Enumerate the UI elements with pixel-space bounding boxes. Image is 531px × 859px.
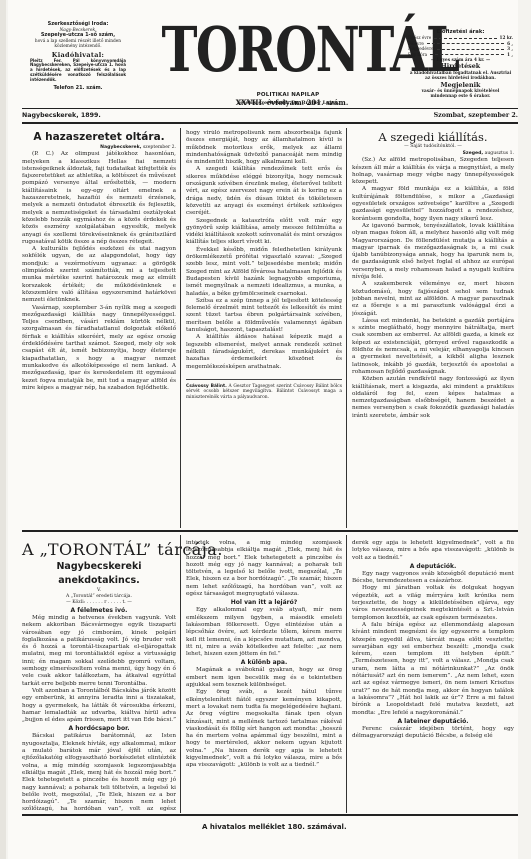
dateline-issue: XXVIII. évfolyam. 201. szám. <box>182 98 402 107</box>
paragraph: intézték volna, a míg mindég szomjasok l… <box>186 540 342 598</box>
paragraph: A szakemberek véleménye ez, mert hiszen … <box>352 281 514 317</box>
article-hazaszeretet: A hazaszeretet oltára. Nagybecskerek, sz… <box>22 130 176 528</box>
paragraph: Vasárnap, szeptember 3-án nyílik meg a s… <box>22 305 176 393</box>
newspaper-title: TORONTÁL <box>161 20 370 80</box>
section-title: A félelmetes ivó. <box>22 606 176 615</box>
scan-edge <box>0 0 6 859</box>
masthead: Szerkesztőségi Iroda: Nagy-Becskerek, Sz… <box>8 0 518 100</box>
dateline-day: Szombat, szeptember 2. <box>434 112 518 119</box>
paragraph: hogy virúló metropolisunk nem abszorbeál… <box>186 130 342 166</box>
column-rule <box>180 128 181 528</box>
paragraph: Lássa ezt mindenki, ha betekint a gazdák… <box>352 318 514 376</box>
bottom-rule <box>22 814 518 816</box>
dateline-bar: Nagybecskerek, 1899. XXVIII. évfolyam. 2… <box>22 108 518 124</box>
article-title: A hazaszeretet oltára. <box>22 130 176 144</box>
paragraph: A kiállítás áldásos hatásai képezik majd… <box>186 334 342 370</box>
paragraph: Az igavonó barmok, tenyészállatok, lovak… <box>352 223 514 281</box>
column-rule <box>180 535 181 813</box>
paragraph: Egy öreg sváb, a kezét hátul tűnve elkén… <box>186 689 342 769</box>
paragraph: Magának a sváboknál gyakran, hogy az öre… <box>186 667 342 689</box>
paragraph: (Sz.) Az alföld metropolisában, Szegeden… <box>352 157 514 186</box>
paragraph: Szítsa ez a szép ünnep a jól teljesített… <box>186 298 342 334</box>
paragraph: Közben azután rendkívül nagy fontosságú … <box>352 376 514 420</box>
feuilleton-column-2: intézték volna, a míg mindég szomjasok l… <box>186 540 342 812</box>
newspaper-page: Szerkesztőségi Iroda: Nagy-Becskerek, Sz… <box>8 0 518 859</box>
paragraph: A szegedi kiállítás rendezőinek tett erő… <box>186 166 342 217</box>
column-rule <box>346 128 347 528</box>
paragraph: Hogy mi járatban voltak és dolgukat hogy… <box>352 585 514 621</box>
office-street: Szepeiye-utcza 1-ső szám, <box>30 33 126 39</box>
paragraph: A falu bírája egész az ellenmondásig ala… <box>352 622 514 717</box>
paragraph: derék egy apja is lehetett kigyelmednek”… <box>352 540 514 562</box>
paragraph: Egy nagy vagyonos sváb községből deputác… <box>352 571 514 586</box>
ads-text: a kiadóhivatalban fogadtatnak el. Ausztr… <box>408 70 513 81</box>
paragraph: Egy alkalommal egy sváb atyafi, mír nem … <box>186 607 342 658</box>
news-notice: Csávossy Bálint. A Gesztor Tagsegyet sze… <box>186 379 342 401</box>
paragraph: Volt azonban a Torontálból Bácskába járó… <box>22 688 176 724</box>
appears-text: vasár- és ünnepnapok kivételével mindenn… <box>408 88 513 99</box>
paragraph: Szegednek a katasztrófa előtt volt már e… <box>186 218 342 247</box>
dateline-place-year: Nagybecskerek, 1899. <box>22 112 101 119</box>
phone: Telefon 21. szám. <box>30 86 126 92</box>
section-title: A lateiner deputáció. <box>352 717 514 726</box>
paragraph: A kulturális fejlődés eszközei és utai n… <box>22 246 176 304</box>
paragraph: (P. C.) Az olimpusi játékokhoz hasonlóan… <box>22 151 176 246</box>
feuilleton-title: Nagybecskereki anekdotakincs. <box>22 560 176 588</box>
paragraph: Még mindig a hetvenes években vagyunk. V… <box>22 615 176 688</box>
feuilleton-column-1: Nagybecskereki anekdotakincs. V. A „Toro… <box>22 560 176 812</box>
masthead-right-info: Előfizetési árak: Egész évre12 kr. Félév… <box>408 30 513 99</box>
supplement-note: A hivatalos melléklet 180. számával. <box>202 823 347 831</box>
feuilleton-column-3: derék egy apja is lehetett kigyelmednek”… <box>352 540 514 812</box>
column-rule <box>346 535 347 813</box>
paragraph: Évekkel később, midőn feledhetetlen kirá… <box>186 247 342 298</box>
masthead-left-info: Szerkesztőségi Iroda: Nagy-Becskerek, Sz… <box>30 22 126 91</box>
paragraph: Bácskai patikárus barátomnál, az Isten n… <box>22 733 176 812</box>
section-divider <box>22 530 518 532</box>
article-kiallitas: A szegedi kiállítás. — Saját tudósítónkt… <box>352 130 514 528</box>
article-hazaszeretet-continued: hogy virúló metropolisunk nem abszorbeál… <box>186 130 342 528</box>
article-title: A szegedi kiállítás. <box>352 130 514 144</box>
publisher-text: Pleitz Fer. Pál könyvnyomdája Nagybecske… <box>30 59 126 83</box>
office-note: hová a lap szellemi részét illető minden… <box>30 39 126 50</box>
paragraph: Ferenc császár idejében történt, hogy eg… <box>352 726 514 741</box>
section-title: A deputációk. <box>352 562 514 571</box>
paragraph: A magyar föld munkája ez a kiállítás, a … <box>352 186 514 222</box>
